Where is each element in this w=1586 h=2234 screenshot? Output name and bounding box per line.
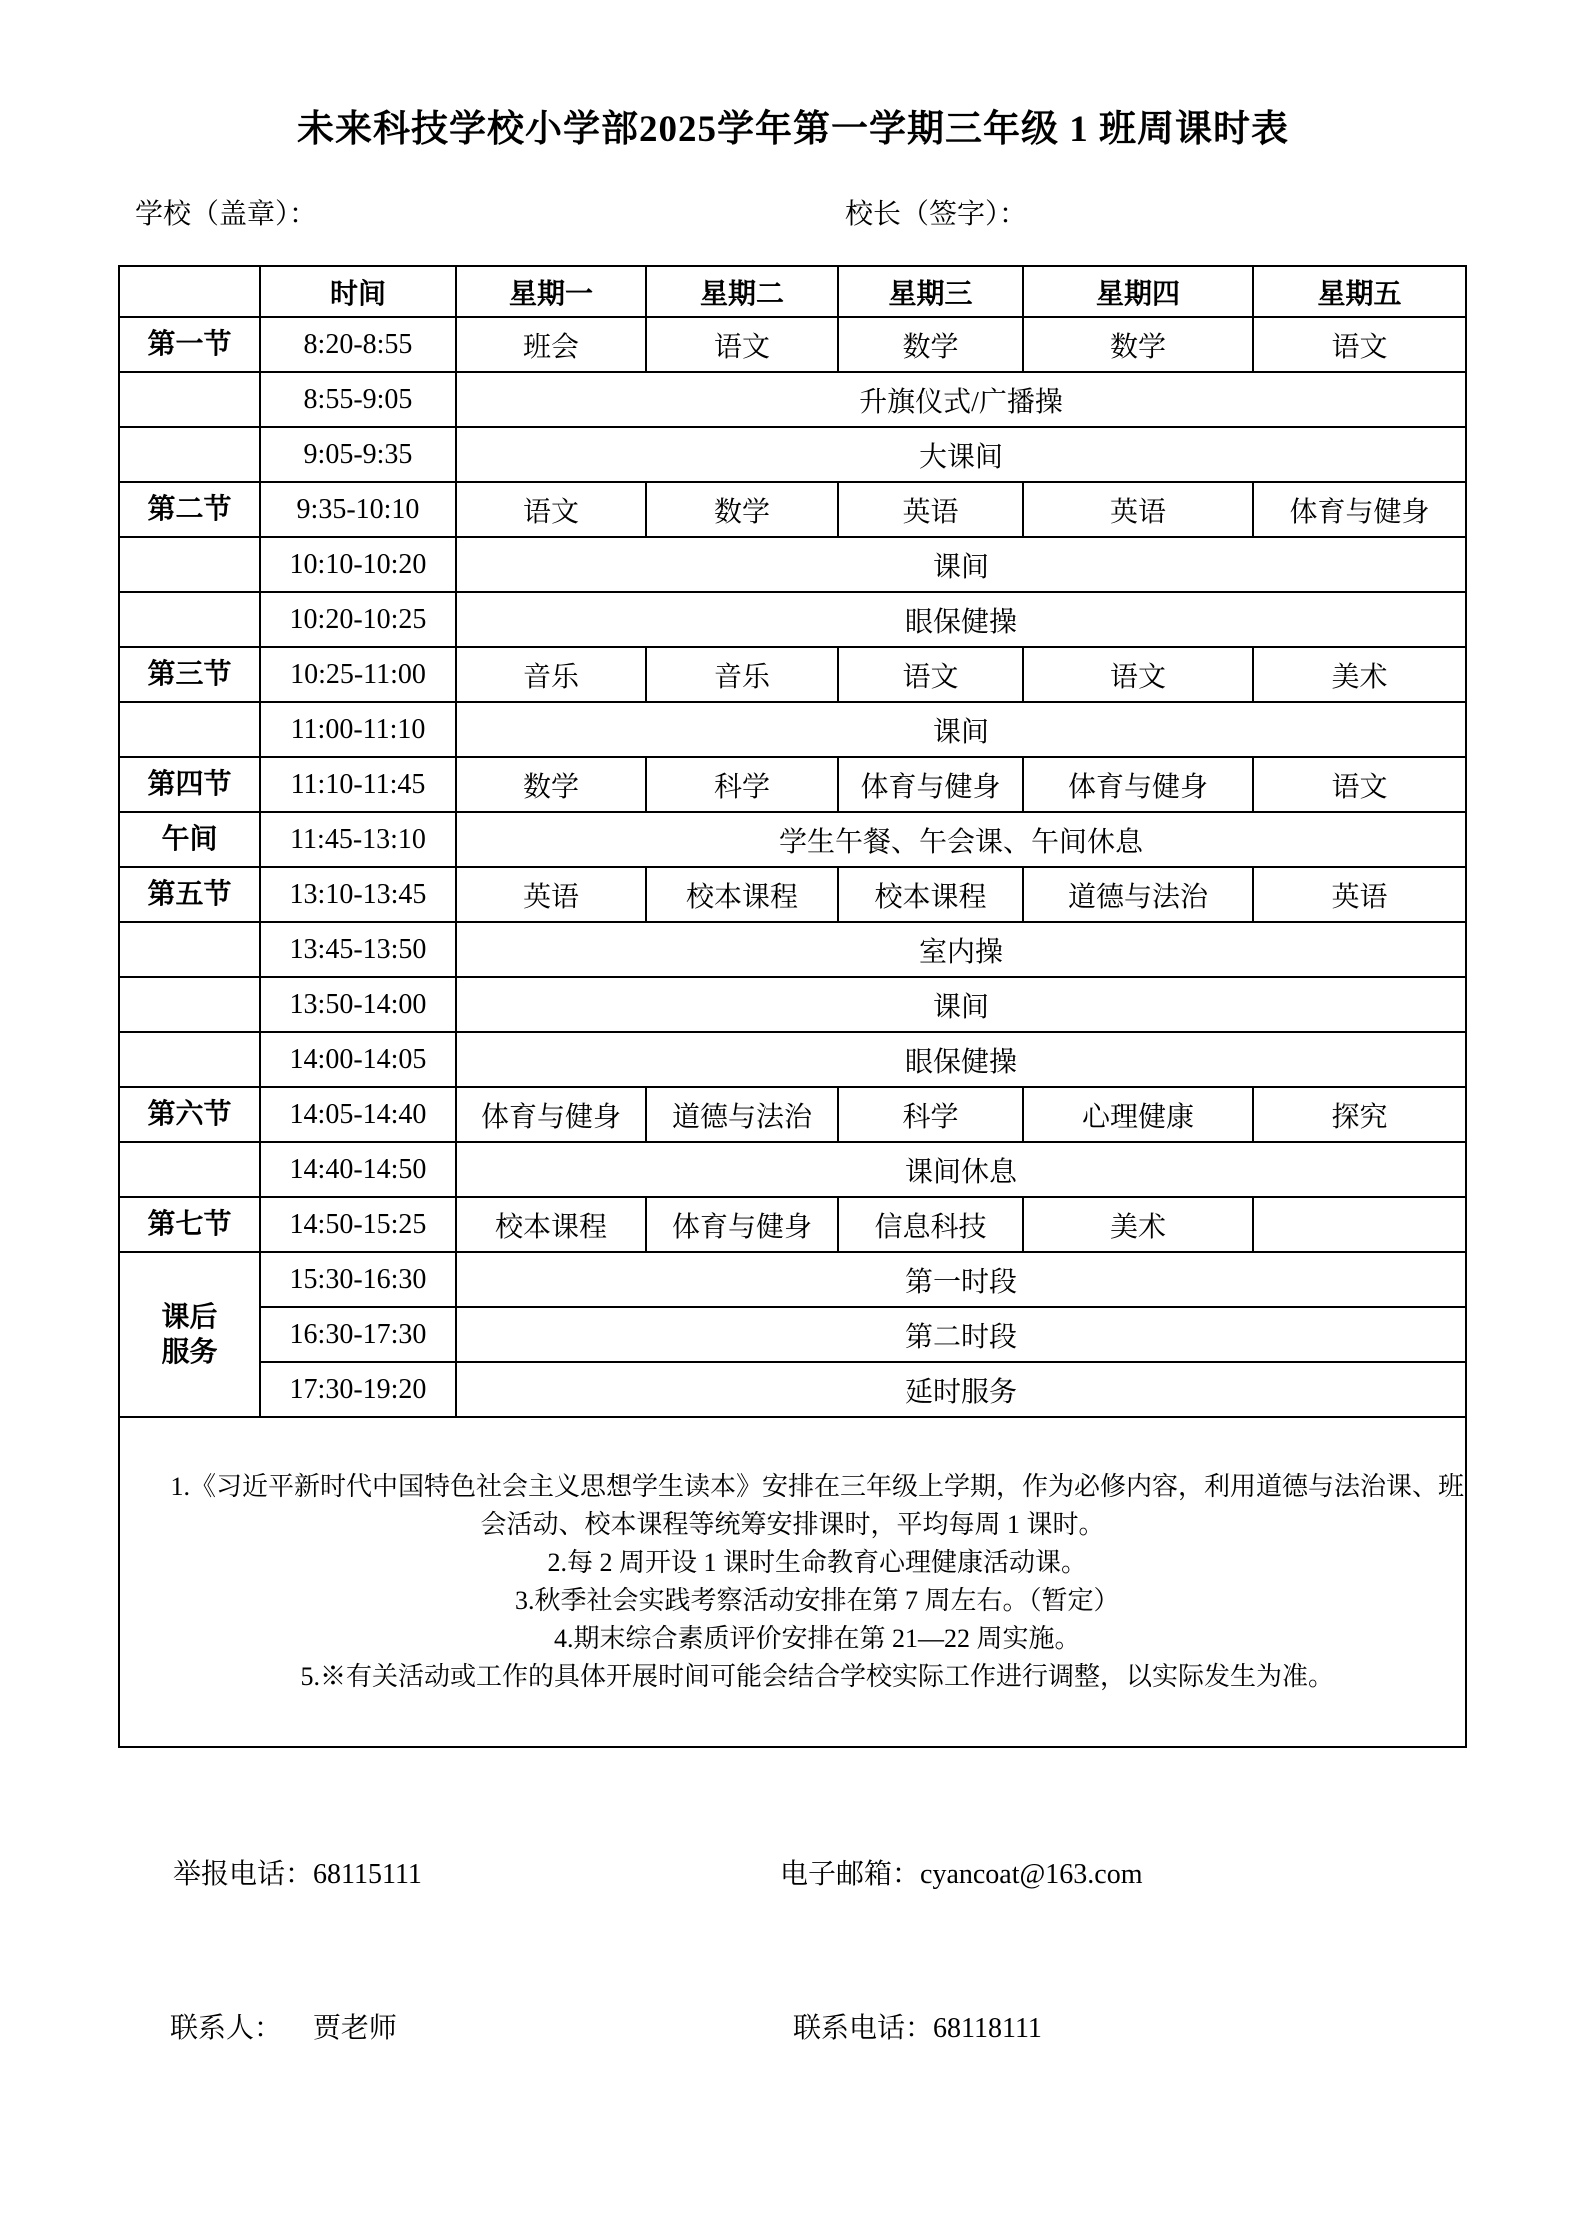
email-item: 电子邮箱：cyancoat@163.com bbox=[780, 1852, 1143, 1892]
merged-activity-cell: 第二时段 bbox=[456, 1307, 1466, 1362]
subject-cell: 道德与法治 bbox=[1023, 867, 1253, 922]
subject-cell: 数学 bbox=[456, 757, 646, 812]
subject-cell: 数学 bbox=[1023, 317, 1253, 372]
merged-activity-cell: 课间 bbox=[456, 977, 1466, 1032]
section-label-cell: 第一节 bbox=[119, 317, 260, 372]
schedule-row: 午间11:45-13:10学生午餐、午会课、午间休息 bbox=[119, 812, 1466, 867]
subject-cell: 语文 bbox=[456, 482, 646, 537]
page-title: 未来科技学校小学部2025学年第一学期三年级 1 班周课时表 bbox=[0, 98, 1586, 152]
contact-person-item: 联系人：贾老师 bbox=[170, 2006, 397, 2046]
report-phone-label: 举报电话： bbox=[173, 1859, 313, 1890]
section-label-cell: 第三节 bbox=[119, 647, 260, 702]
schedule-row: 17:30-19:20延时服务 bbox=[119, 1362, 1466, 1417]
subject-cell: 英语 bbox=[1023, 482, 1253, 537]
column-header bbox=[119, 266, 260, 317]
contact-phone-item: 联系电话：68118111 bbox=[793, 2006, 1042, 2046]
time-cell: 16:30-17:30 bbox=[260, 1307, 456, 1362]
merged-activity-cell: 学生午餐、午会课、午间休息 bbox=[456, 812, 1466, 867]
time-cell: 13:50-14:00 bbox=[260, 977, 456, 1032]
time-cell: 14:40-14:50 bbox=[260, 1142, 456, 1197]
time-cell: 10:20-10:25 bbox=[260, 592, 456, 647]
merged-activity-cell: 大课间 bbox=[456, 427, 1466, 482]
subject-cell bbox=[1253, 1197, 1466, 1252]
merged-activity-cell: 延时服务 bbox=[456, 1362, 1466, 1417]
subject-cell: 体育与健身 bbox=[646, 1197, 838, 1252]
note-line: 5.※有关活动或工作的具体开展时间可能会结合学校实际工作进行调整，以实际发生为准… bbox=[120, 1658, 1465, 1696]
document-page: 未来科技学校小学部2025学年第一学期三年级 1 班周课时表 学校（盖章）： 校… bbox=[0, 0, 1586, 2234]
column-header: 星期一 bbox=[456, 266, 646, 317]
time-cell: 13:45-13:50 bbox=[260, 922, 456, 977]
section-label-cell: 第七节 bbox=[119, 1197, 260, 1252]
subject-cell: 科学 bbox=[646, 757, 838, 812]
subject-cell: 校本课程 bbox=[456, 1197, 646, 1252]
subject-cell: 体育与健身 bbox=[1253, 482, 1466, 537]
school-stamp-label: 学校（盖章）： bbox=[135, 192, 317, 232]
time-cell: 13:10-13:45 bbox=[260, 867, 456, 922]
report-phone-value: 68115111 bbox=[313, 1859, 422, 1890]
schedule-row: 10:10-10:20课间 bbox=[119, 537, 1466, 592]
section-label-cell bbox=[119, 702, 260, 757]
schedule-row: 第三节10:25-11:00音乐音乐语文语文美术 bbox=[119, 647, 1466, 702]
merged-activity-cell: 课间休息 bbox=[456, 1142, 1466, 1197]
subject-cell: 数学 bbox=[646, 482, 838, 537]
notes-row: 1.《习近平新时代中国特色社会主义思想学生读本》安排在三年级上学期，作为必修内容… bbox=[119, 1417, 1466, 1747]
section-label-cell bbox=[119, 592, 260, 647]
section-label-cell bbox=[119, 922, 260, 977]
subject-cell: 语文 bbox=[838, 647, 1023, 702]
time-cell: 10:25-11:00 bbox=[260, 647, 456, 702]
merged-activity-cell: 升旗仪式/广播操 bbox=[456, 372, 1466, 427]
schedule-row: 课后 服务15:30-16:30第一时段 bbox=[119, 1252, 1466, 1307]
schedule-row: 第七节14:50-15:25校本课程体育与健身信息科技美术 bbox=[119, 1197, 1466, 1252]
subject-cell: 语文 bbox=[1023, 647, 1253, 702]
schedule-row: 14:00-14:05眼保健操 bbox=[119, 1032, 1466, 1087]
header-row: 时间星期一星期二星期三星期四星期五 bbox=[119, 266, 1466, 317]
section-label-cell: 午间 bbox=[119, 812, 260, 867]
stamp-signature-row: 学校（盖章）： 校长（签字）： bbox=[0, 192, 1586, 232]
schedule-table: 时间星期一星期二星期三星期四星期五第一节8:20-8:55班会语文数学数学语文8… bbox=[118, 265, 1467, 1748]
merged-activity-cell: 眼保健操 bbox=[456, 1032, 1466, 1087]
time-cell: 14:00-14:05 bbox=[260, 1032, 456, 1087]
time-cell: 11:00-11:10 bbox=[260, 702, 456, 757]
subject-cell: 英语 bbox=[1253, 867, 1466, 922]
schedule-row: 8:55-9:05升旗仪式/广播操 bbox=[119, 372, 1466, 427]
time-cell: 15:30-16:30 bbox=[260, 1252, 456, 1307]
subject-cell: 数学 bbox=[838, 317, 1023, 372]
section-label-cell: 第四节 bbox=[119, 757, 260, 812]
subject-cell: 心理健康 bbox=[1023, 1087, 1253, 1142]
subject-cell: 英语 bbox=[456, 867, 646, 922]
merged-activity-cell: 第一时段 bbox=[456, 1252, 1466, 1307]
email-value: cyancoat@163.com bbox=[920, 1859, 1142, 1890]
time-cell: 14:05-14:40 bbox=[260, 1087, 456, 1142]
subject-cell: 美术 bbox=[1023, 1197, 1253, 1252]
subject-cell: 体育与健身 bbox=[838, 757, 1023, 812]
time-cell: 9:35-10:10 bbox=[260, 482, 456, 537]
schedule-row: 10:20-10:25眼保健操 bbox=[119, 592, 1466, 647]
principal-sign-label: 校长（签字）： bbox=[845, 192, 1027, 232]
subject-cell: 体育与健身 bbox=[456, 1087, 646, 1142]
section-label-cell bbox=[119, 1142, 260, 1197]
schedule-row: 13:45-13:50室内操 bbox=[119, 922, 1466, 977]
schedule-row: 13:50-14:00课间 bbox=[119, 977, 1466, 1032]
time-cell: 8:55-9:05 bbox=[260, 372, 456, 427]
contact-phone-label: 联系电话： bbox=[793, 2013, 933, 2044]
time-cell: 9:05-9:35 bbox=[260, 427, 456, 482]
subject-cell: 英语 bbox=[838, 482, 1023, 537]
schedule-row: 第四节11:10-11:45数学科学体育与健身体育与健身语文 bbox=[119, 757, 1466, 812]
schedule-row: 第六节14:05-14:40体育与健身道德与法治科学心理健康探究 bbox=[119, 1087, 1466, 1142]
schedule-row: 14:40-14:50课间休息 bbox=[119, 1142, 1466, 1197]
time-cell: 11:10-11:45 bbox=[260, 757, 456, 812]
column-header: 星期二 bbox=[646, 266, 838, 317]
time-cell: 8:20-8:55 bbox=[260, 317, 456, 372]
subject-cell: 音乐 bbox=[646, 647, 838, 702]
subject-cell: 班会 bbox=[456, 317, 646, 372]
subject-cell: 校本课程 bbox=[646, 867, 838, 922]
column-header: 时间 bbox=[260, 266, 456, 317]
section-label-cell bbox=[119, 537, 260, 592]
subject-cell: 校本课程 bbox=[838, 867, 1023, 922]
column-header: 星期四 bbox=[1023, 266, 1253, 317]
schedule-row: 第二节9:35-10:10语文数学英语英语体育与健身 bbox=[119, 482, 1466, 537]
schedule-row: 第一节8:20-8:55班会语文数学数学语文 bbox=[119, 317, 1466, 372]
note-line: 1.《习近平新时代中国特色社会主义思想学生读本》安排在三年级上学期，作为必修内容… bbox=[120, 1468, 1465, 1544]
subject-cell: 科学 bbox=[838, 1087, 1023, 1142]
section-label-cell: 第二节 bbox=[119, 482, 260, 537]
section-label-cell bbox=[119, 1032, 260, 1087]
section-label-cell: 课后 服务 bbox=[119, 1252, 260, 1417]
schedule-row: 11:00-11:10课间 bbox=[119, 702, 1466, 757]
note-line: 2.每 2 周开设 1 课时生命教育心理健康活动课。 bbox=[120, 1544, 1465, 1582]
contact-phone-value: 68118111 bbox=[933, 2013, 1042, 2044]
section-label-cell: 第六节 bbox=[119, 1087, 260, 1142]
subject-cell: 语文 bbox=[646, 317, 838, 372]
subject-cell: 美术 bbox=[1253, 647, 1466, 702]
section-label-cell bbox=[119, 372, 260, 427]
section-label-cell bbox=[119, 977, 260, 1032]
note-line: 3.秋季社会实践考察活动安排在第 7 周左右。（暂定） bbox=[120, 1582, 1465, 1620]
notes-cell: 1.《习近平新时代中国特色社会主义思想学生读本》安排在三年级上学期，作为必修内容… bbox=[119, 1417, 1466, 1747]
merged-activity-cell: 课间 bbox=[456, 537, 1466, 592]
merged-activity-cell: 课间 bbox=[456, 702, 1466, 757]
merged-activity-cell: 眼保健操 bbox=[456, 592, 1466, 647]
subject-cell: 信息科技 bbox=[838, 1197, 1023, 1252]
subject-cell: 道德与法治 bbox=[646, 1087, 838, 1142]
time-cell: 17:30-19:20 bbox=[260, 1362, 456, 1417]
column-header: 星期五 bbox=[1253, 266, 1466, 317]
email-label: 电子邮箱： bbox=[780, 1859, 920, 1890]
footer-contact-row: 联系人：贾老师 联系电话：68118111 bbox=[0, 2006, 1586, 2046]
subject-cell: 语文 bbox=[1253, 317, 1466, 372]
subject-cell: 探究 bbox=[1253, 1087, 1466, 1142]
column-header: 星期三 bbox=[838, 266, 1023, 317]
subject-cell: 音乐 bbox=[456, 647, 646, 702]
merged-activity-cell: 室内操 bbox=[456, 922, 1466, 977]
subject-cell: 语文 bbox=[1253, 757, 1466, 812]
time-cell: 14:50-15:25 bbox=[260, 1197, 456, 1252]
schedule-row: 16:30-17:30第二时段 bbox=[119, 1307, 1466, 1362]
section-label-cell bbox=[119, 427, 260, 482]
contact-person-value: 贾老师 bbox=[313, 2013, 397, 2044]
report-phone-item: 举报电话：68115111 bbox=[173, 1852, 422, 1892]
time-cell: 10:10-10:20 bbox=[260, 537, 456, 592]
schedule-row: 第五节13:10-13:45英语校本课程校本课程道德与法治英语 bbox=[119, 867, 1466, 922]
time-cell: 11:45-13:10 bbox=[260, 812, 456, 867]
subject-cell: 体育与健身 bbox=[1023, 757, 1253, 812]
note-line: 4.期末综合素质评价安排在第 21—22 周实施。 bbox=[120, 1620, 1465, 1658]
schedule-row: 9:05-9:35大课间 bbox=[119, 427, 1466, 482]
contact-person-label: 联系人： bbox=[170, 2013, 282, 2044]
footer-report-row: 举报电话：68115111 电子邮箱：cyancoat@163.com bbox=[0, 1852, 1586, 1892]
section-label-cell: 第五节 bbox=[119, 867, 260, 922]
